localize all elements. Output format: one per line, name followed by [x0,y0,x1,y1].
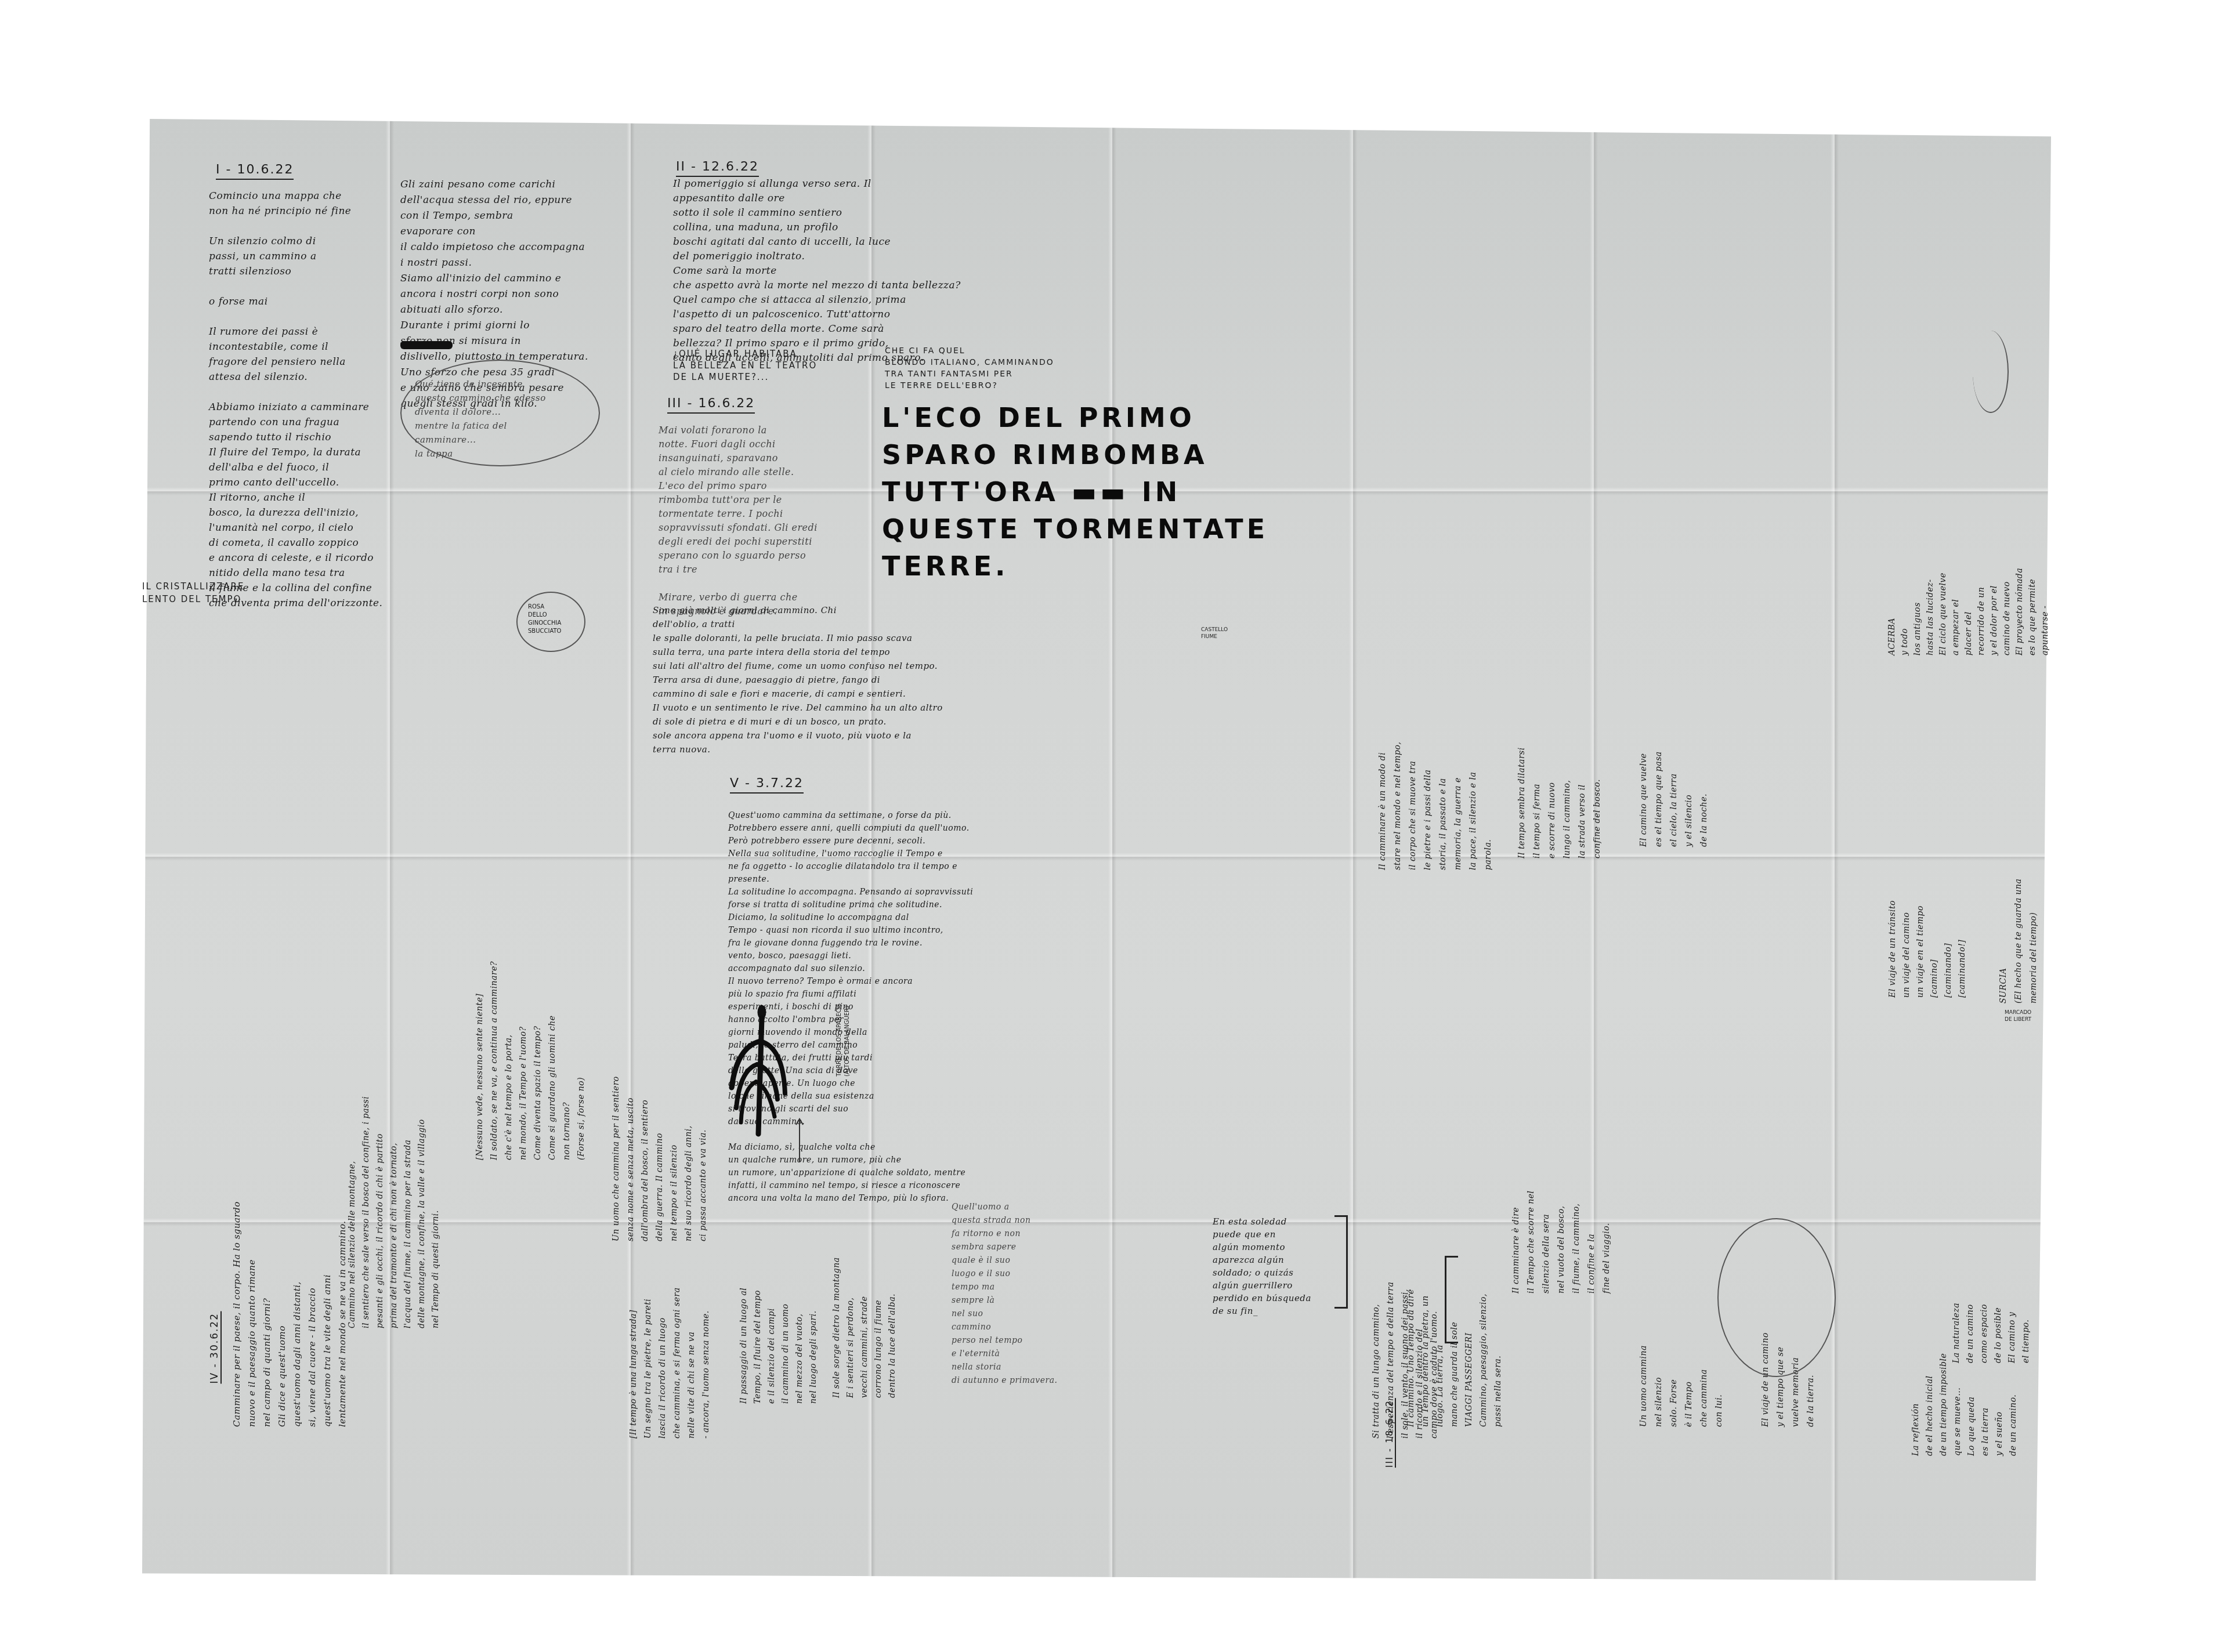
caption-tower: TORRE DE LOS APARECIS (ALTOS DE BALANGUE… [835,1003,852,1077]
arc-outline [1973,331,2009,413]
headline-eco-del-primo-sparo: L'ECO DEL PRIMO SPARO RIMBOMBA TUTT'ORA … [882,399,1268,585]
journal-entry-vertical: SURCIA (El hecho que te guarda una memor… [1996,725,2041,1003]
entry-date: III - 18.6.22 [1384,1398,1396,1468]
spanish-note: En esta soledad puede que en algún momen… [1213,1215,1346,1317]
journal-entry-vertical: El camino que vuelve es el tiempo que pa… [1636,452,1712,847]
journal-entry-vertical: [Il tempo è una lunga strada] Un segno t… [627,1195,714,1439]
journal-entry-vertical: Il tempo sembra dilatarsi il tempo si fe… [1514,452,1605,858]
ink-tree-figure-icon [728,1001,792,1140]
caption-castello: CASTELLO FIUME [1201,626,1228,640]
journal-entry: Comincio una mappa che non ha né princip… [209,189,383,611]
caption-cristallizzare: IL CRISTALLIZZARE LENTO DEL TEMPO [142,580,245,606]
spanish-question-caption: ¿QUÉ LUGAR HABITABA LA BELLEZA EN EL TEA… [673,348,817,383]
fold-line [1831,119,1839,1581]
caption-rosa: ROSA DELLO GINOCCHIA SBUCCIATO [528,603,562,636]
fold-line [1349,119,1357,1581]
ink-redaction [400,341,453,349]
arrow-up-icon [794,1117,805,1163]
entry-date: II - 12.6.22 [676,160,759,177]
journal-entry-vertical: La naturaleza de un camino como espacio … [1949,1189,2033,1363]
journal-entry: Qué tiene de incesante questo cammino ch… [415,377,589,461]
journal-entry-vertical: El viaje de un tránsito un viaje del cam… [1886,754,1969,998]
journal-entry-vertical: ACERBA y todo los antiguos hasta las luc… [1886,331,2052,655]
entry-date: V - 3.7.22 [730,776,804,794]
caption-margin: MARCADO DE LIBERT [2005,1009,2031,1023]
journal-entry-vertical: Il passaggio di un luogo al Tempo, il fl… [737,1183,820,1404]
entry-date: I - 10.6.22 [216,162,294,180]
journal-entry: Sono già molti i giorni di cammino. Chi … [653,603,1129,756]
italian-question-caption: CHE CI FA QUEL BLONDO ITALIANO, CAMMINAN… [885,345,1054,392]
bracket-right [1334,1215,1348,1309]
journal-entry-vertical: Camminare per il paese, il corpo. Ha lo … [229,887,350,1427]
journal-entry-vertical: Il camminare è dire il Tempo che scorre … [1509,887,1614,1294]
entry-date: IV - 30.6.22 [209,1311,222,1383]
entry-date: III - 16.6.22 [667,396,755,414]
journal-entry: Mai volati forarono la notte. Fuori dagl… [659,423,891,618]
journal-entry-vertical: Un uomo cammina nel silenzio solo. Forse… [1636,1207,1727,1427]
circle-outline [1717,1218,1836,1377]
journal-entry: Il pomeriggio si allunga verso sera. Il … [673,177,1195,365]
journal-entry-vertical: Il camminare è un modo di stare nel mond… [1375,464,1496,870]
journal-entry-vertical: Il sole sorge dietro la montagna E i sen… [830,1212,899,1398]
journal-entry-vertical: [Nessuno vede, nessuno sente niente] Il … [473,835,589,1160]
journal-entry-vertical: Cammino nel silenzio delle montagne, il … [345,876,443,1328]
journal-entry-vertical: Il cammino. Uno Tempo da dire un Tempo d… [1404,1207,1506,1427]
fold-line [386,119,394,1581]
journal-entry-vertical: Un uomo che cammina per il sentiero senz… [609,847,711,1241]
journal-entry: Quell'uomo a questa strada non fa ritorn… [952,1201,1102,1387]
